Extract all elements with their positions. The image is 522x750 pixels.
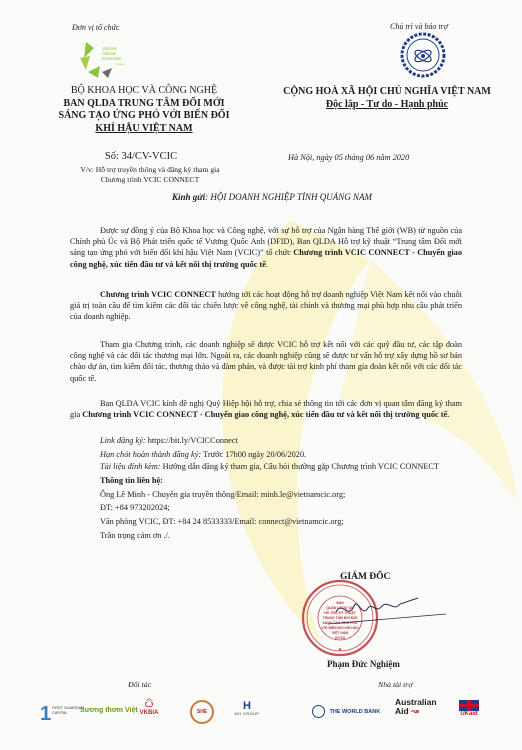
donor-logo-world-bank: THE WORLD BANK xyxy=(312,703,380,721)
donor-logo-ukaid: UKaid xyxy=(458,700,480,717)
greeting: Kính gửi: HỘI DOANH NGHIỆP TỈNH QUẢNG NA… xyxy=(172,192,372,202)
donor-logo-australian-aid: Australian Aid ↝ xyxy=(395,698,441,716)
partner-name: SHE xyxy=(197,709,207,715)
greeting-label: Kính gửi xyxy=(172,192,205,202)
contact-title: Thông tin liên hệ: xyxy=(100,474,480,488)
deadline-row: Hạn chót hoàn thành đăng ký: Trước 17h00… xyxy=(100,448,480,462)
partner-name: VKBIA xyxy=(134,710,164,716)
svg-text:★: ★ xyxy=(338,647,343,653)
ministry-emblem-icon xyxy=(400,32,446,78)
issuer-name-line1: BAN QLDA TRUNG TÂM ĐỔI MỚI xyxy=(34,98,254,111)
deadline-value: Trước 17h00 ngày 20/06/2020. xyxy=(201,450,306,459)
registration-link[interactable]: https://bit.ly/VCICConnect xyxy=(146,436,238,445)
issuer-name-line2: SÁNG TẠO ỨNG PHÓ VỚI BIẾN ĐỔI xyxy=(34,110,254,123)
svg-text:Innovation: Innovation xyxy=(102,56,122,61)
partners-label: Đối tác xyxy=(128,680,151,689)
ministry-name: BỘ KHOA HỌC VÀ CÔNG NGHỆ xyxy=(34,85,254,98)
paragraph-4: Ban QLDA VCIC kính đề nghị Quý Hiệp hội … xyxy=(70,398,462,420)
donor-name: THE WORLD BANK xyxy=(329,709,380,715)
signer-name: Phạm Đức Nghiệm xyxy=(327,659,400,669)
recipient: : HỘI DOANH NGHIỆP TỈNH QUẢNG NAM xyxy=(205,192,372,202)
country-name: CỘNG HOÀ XÃ HỘI CHỦ NGHĨA VIỆT NAM xyxy=(262,85,512,98)
partner-logo-first-guardian: 1 FIRST GUARDIAN CAPITAL xyxy=(40,703,85,725)
registration-link-label: Link đăng ký: xyxy=(100,436,146,445)
national-motto: Độc lập - Tự do - Hạnh phúc xyxy=(326,99,448,110)
partner-logo-she: SHE xyxy=(190,700,214,724)
svg-text:(VCIC): (VCIC) xyxy=(335,636,345,640)
paragraph-2: Chương trình VCIC CONNECT hướng tới các … xyxy=(70,289,462,323)
partner-name: Sương thơm Việt xyxy=(80,707,138,714)
national-title-block: CỘNG HOÀ XÃ HỘI CHỦ NGHĨA VIỆT NAM Độc l… xyxy=(262,85,512,111)
issuer-name-line3: KHÍ HẬU VIỆT NAM xyxy=(34,123,254,136)
contact-person: Ông Lê Minh - Chuyên gia truyền thông/Em… xyxy=(100,488,480,502)
office-contact: Văn phòng VCIC, ĐT: +84 24 8533333/Email… xyxy=(100,515,480,529)
contact-phone: ĐT: +84 973202024; xyxy=(100,501,480,515)
issue-date: Hà Nội, ngày 05 tháng 06 năm 2020 xyxy=(288,153,409,162)
partner-logo-mh-group: H MH GROUP xyxy=(232,700,262,716)
paragraph-1-end: . xyxy=(266,260,268,269)
subject-line2: Chương trình VCIC CONNECT xyxy=(50,175,250,185)
program-name-short: Chương trình VCIC CONNECT xyxy=(100,290,216,299)
closing: Trân trọng cảm ơn ./. xyxy=(100,529,480,543)
official-letter: Đơn vị tổ chức Chủ trì và bảo trợ Vietna… xyxy=(0,0,522,750)
attachments-value: Hướng dẫn đăng ký tham gia, Câu hỏi thườ… xyxy=(161,462,439,471)
partner-name: MH GROUP xyxy=(232,712,262,716)
subject-line1: V/v: Hỗ trợ truyền thông và đăng ký tham… xyxy=(50,165,250,175)
paragraph-3-text: Tham gia Chương trình, các doanh nghiệp … xyxy=(70,339,462,384)
paragraph-1: Được sự đồng ý của Bộ Khoa học và Công n… xyxy=(70,225,462,270)
organizer-label: Đơn vị tổ chức xyxy=(72,23,120,32)
paragraph-3: Tham gia Chương trình, các doanh nghiệp … xyxy=(70,339,462,384)
partner-logo-vkbia: ѽ VKBIA xyxy=(134,700,164,716)
partner-logo-suong-thom-viet: Sương thơm Việt xyxy=(80,707,138,714)
issuer-block: BỘ KHOA HỌC VÀ CÔNG NGHỆ BAN QLDA TRUNG … xyxy=(34,85,254,135)
donor-name: UKaid xyxy=(458,711,480,717)
program-name-2: Chương trình VCIC CONNECT - Chuyển giao … xyxy=(82,410,449,419)
donors-label: Nhà tài trợ xyxy=(378,680,413,689)
attachments-label: Tài liệu đính kèm: xyxy=(100,462,161,471)
handwritten-signature-icon xyxy=(318,590,448,630)
svg-text:VIỆT NAM: VIỆT NAM xyxy=(332,630,348,635)
vcic-logo-icon: Vietnam Climate Innovation Center xyxy=(72,36,134,80)
svg-text:Center: Center xyxy=(116,62,125,66)
document-number: Số: 34/CV-VCIC xyxy=(66,151,216,162)
registration-link-row: Link đăng ký: https://bit.ly/VCICConnect xyxy=(100,434,480,448)
deadline-label: Hạn chót hoàn thành đăng ký: xyxy=(100,450,201,459)
sponsor-label: Chủ trì và bảo trợ xyxy=(390,22,448,31)
attachments-row: Tài liệu đính kèm: Hướng dẫn đăng ký tha… xyxy=(100,461,480,472)
subject: V/v: Hỗ trợ truyền thông và đăng ký tham… xyxy=(50,165,250,184)
info-block: Link đăng ký: https://bit.ly/VCICConnect… xyxy=(100,434,480,542)
